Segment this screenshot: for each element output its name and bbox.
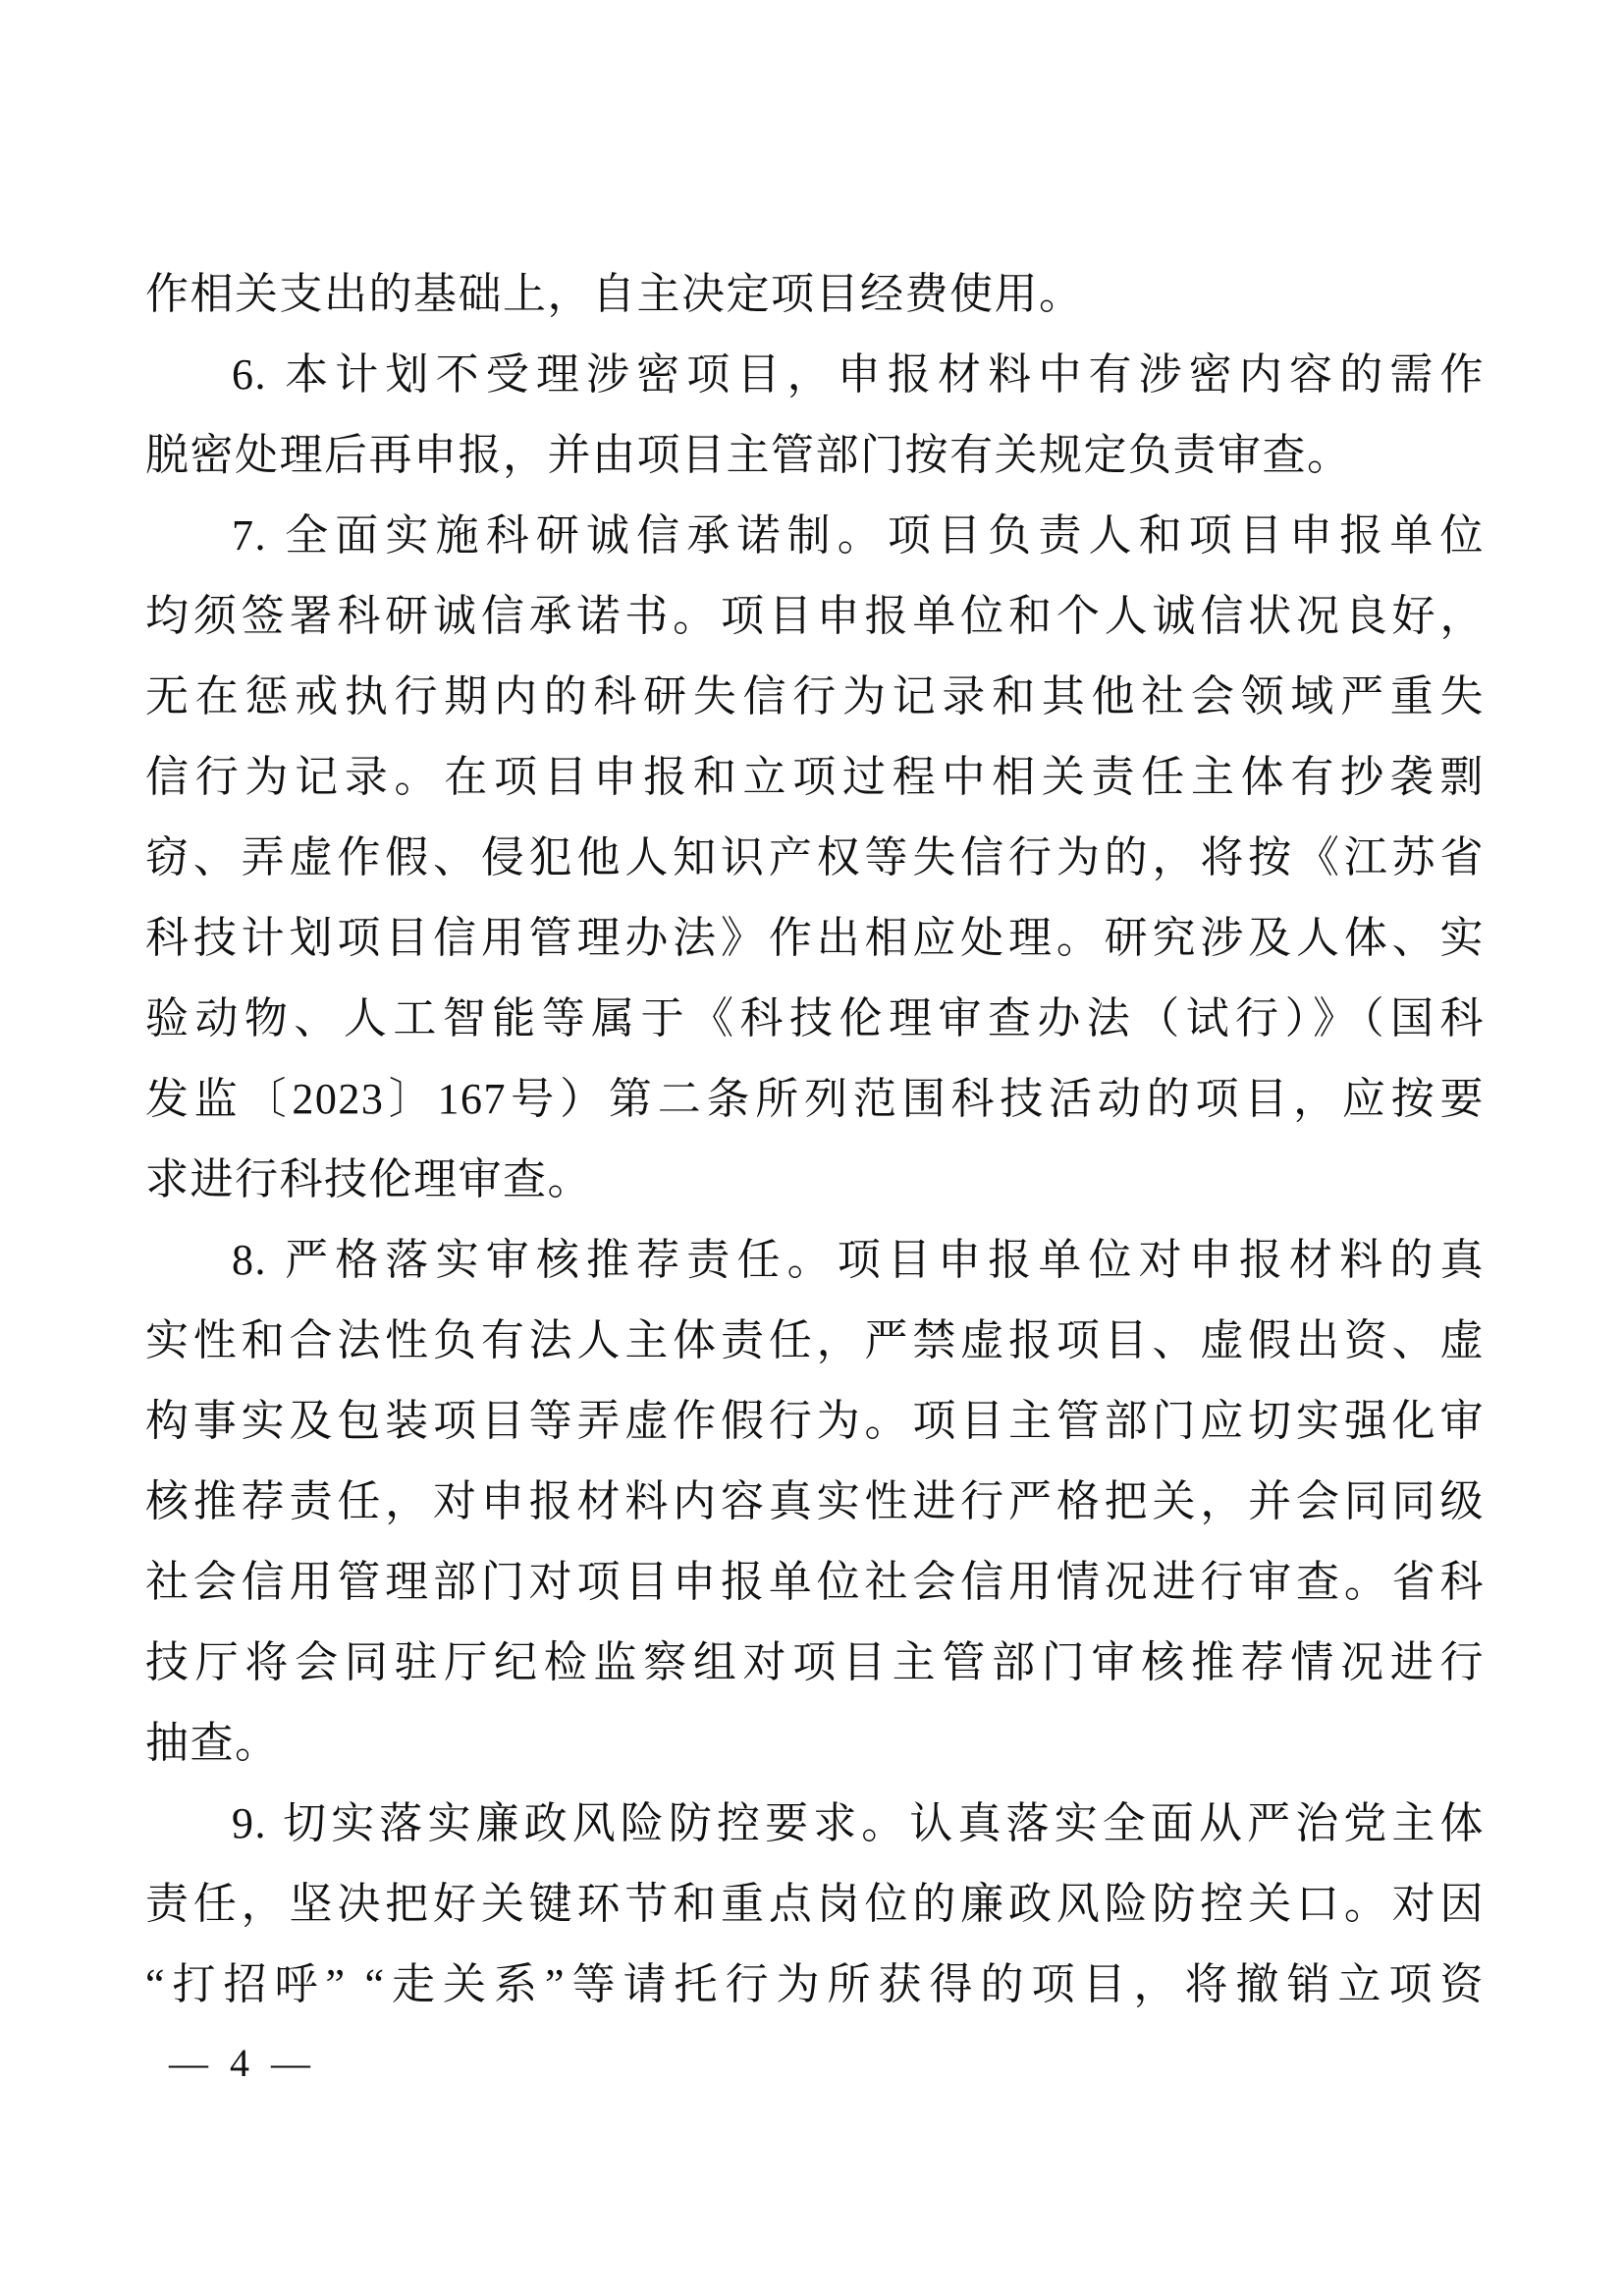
text-line: 脱密处理后再申报，并由项目主管部门按有关规定负责审查。 xyxy=(145,415,1485,496)
text-line: 实性和合法性负有法人主体责任，严禁虚报项目、虚假出资、虚 xyxy=(145,1301,1485,1381)
text-line: 抽查。 xyxy=(145,1703,1485,1784)
text-line: 技厅将会同驻厅纪检监察组对项目主管部门审核推荐情况进行 xyxy=(145,1623,1485,1703)
text-line-paragraph-7-start: 7. 全面实施科研诚信承诺制。项目负责人和项目申报单位 xyxy=(145,496,1485,576)
text-line: 社会信用管理部门对项目申报单位社会信用情况进行审查。省科 xyxy=(145,1542,1485,1623)
text-line: 验动物、人工智能等属于《科技伦理审查办法（试行）》（国科 xyxy=(145,979,1485,1059)
document-body: 作相关支出的基础上，自主决定项目经费使用。 6. 本计划不受理涉密项目，申报材料… xyxy=(145,254,1485,2025)
text-line: 窃、弄虚作假、侵犯他人知识产权等失信行为的，将按《江苏省 xyxy=(145,818,1485,898)
text-line: 构事实及包装项目等弄虚作假行为。项目主管部门应切实强化审 xyxy=(145,1381,1485,1462)
text-line: 科技计划项目信用管理办法》作出相应处理。研究涉及人体、实 xyxy=(145,898,1485,979)
document-page: 作相关支出的基础上，自主决定项目经费使用。 6. 本计划不受理涉密项目，申报材料… xyxy=(0,0,1624,2296)
text-line: 求进行科技伦理审查。 xyxy=(145,1140,1485,1220)
text-line: 无在惩戒执行期内的科研失信行为记录和其他社会领域严重失 xyxy=(145,657,1485,737)
text-line-paragraph-6-start: 6. 本计划不受理涉密项目，申报材料中有涉密内容的需作 xyxy=(145,335,1485,415)
text-line: 作相关支出的基础上，自主决定项目经费使用。 xyxy=(145,254,1485,335)
text-line-paragraph-8-start: 8. 严格落实审核推荐责任。项目申报单位对申报材料的真 xyxy=(145,1220,1485,1301)
page-number: — 4 — xyxy=(169,2034,316,2093)
text-line: “打招呼” “走关系”等请托行为所获得的项目，将撤销立项资 xyxy=(145,1945,1485,2025)
text-line: 信行为记录。在项目申报和立项过程中相关责任主体有抄袭剽 xyxy=(145,737,1485,818)
text-line-paragraph-9-start: 9. 切实落实廉政风险防控要求。认真落实全面从严治党主体 xyxy=(145,1784,1485,1864)
text-line: 发监〔2023〕167号）第二条所列范围科技活动的项目，应按要 xyxy=(145,1059,1485,1140)
text-line: 责任，坚决把好关键环节和重点岗位的廉政风险防控关口。对因 xyxy=(145,1864,1485,1945)
text-line: 核推荐责任，对申报材料内容真实性进行严格把关，并会同同级 xyxy=(145,1462,1485,1542)
text-line: 均须签署科研诚信承诺书。项目申报单位和个人诚信状况良好， xyxy=(145,576,1485,657)
